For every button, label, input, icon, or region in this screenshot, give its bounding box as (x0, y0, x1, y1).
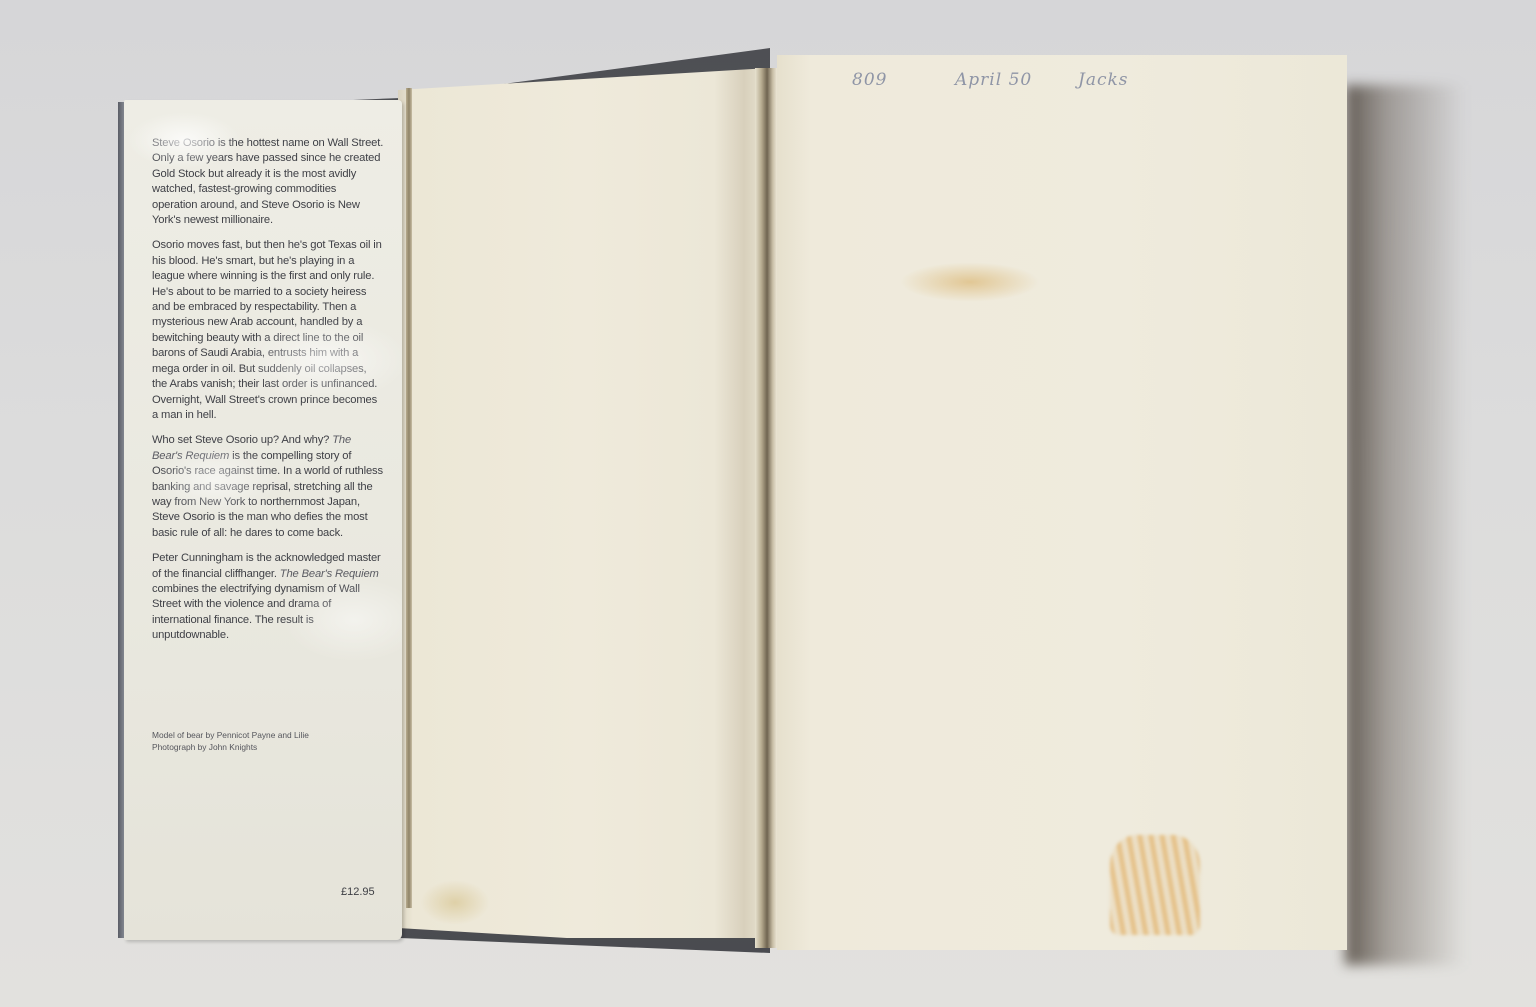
foxing-stain (1110, 835, 1200, 935)
book-photo-scene: 809 April 50 Jacks Steve Osorio is the h… (0, 0, 1536, 1007)
credit-line: Photograph by John Knights (152, 742, 392, 754)
pencil-note: April 50 (955, 70, 1032, 90)
book-shadow (1345, 85, 1465, 965)
gutter-fold (755, 68, 777, 948)
blurb-paragraph: Who set Steve Osorio up? And why? The Be… (152, 433, 384, 541)
photo-credits: Model of bear by Pennicot Payne and Lili… (152, 730, 392, 753)
foxing-stain (420, 880, 490, 925)
blurb-text: Steve Osorio is the hottest name on Wall… (152, 136, 384, 654)
front-pastedown (398, 68, 770, 938)
pencil-note: 809 (852, 70, 887, 90)
blurb-paragraph: Peter Cunningham is the acknowledged mas… (152, 551, 384, 643)
credit-line: Model of bear by Pennicot Payne and Lili… (152, 730, 392, 742)
free-endpaper (777, 55, 1347, 950)
price-label: £12.95 (341, 886, 375, 898)
book-title: The Bear's Requiem (280, 568, 379, 580)
front-hinge (406, 88, 412, 908)
pencil-note: Jacks (1078, 70, 1129, 90)
blurb-paragraph: Steve Osorio is the hottest name on Wall… (152, 136, 384, 228)
blurb-paragraph: Osorio moves fast, but then he's got Tex… (152, 238, 384, 423)
foxing-stain (900, 262, 1040, 302)
